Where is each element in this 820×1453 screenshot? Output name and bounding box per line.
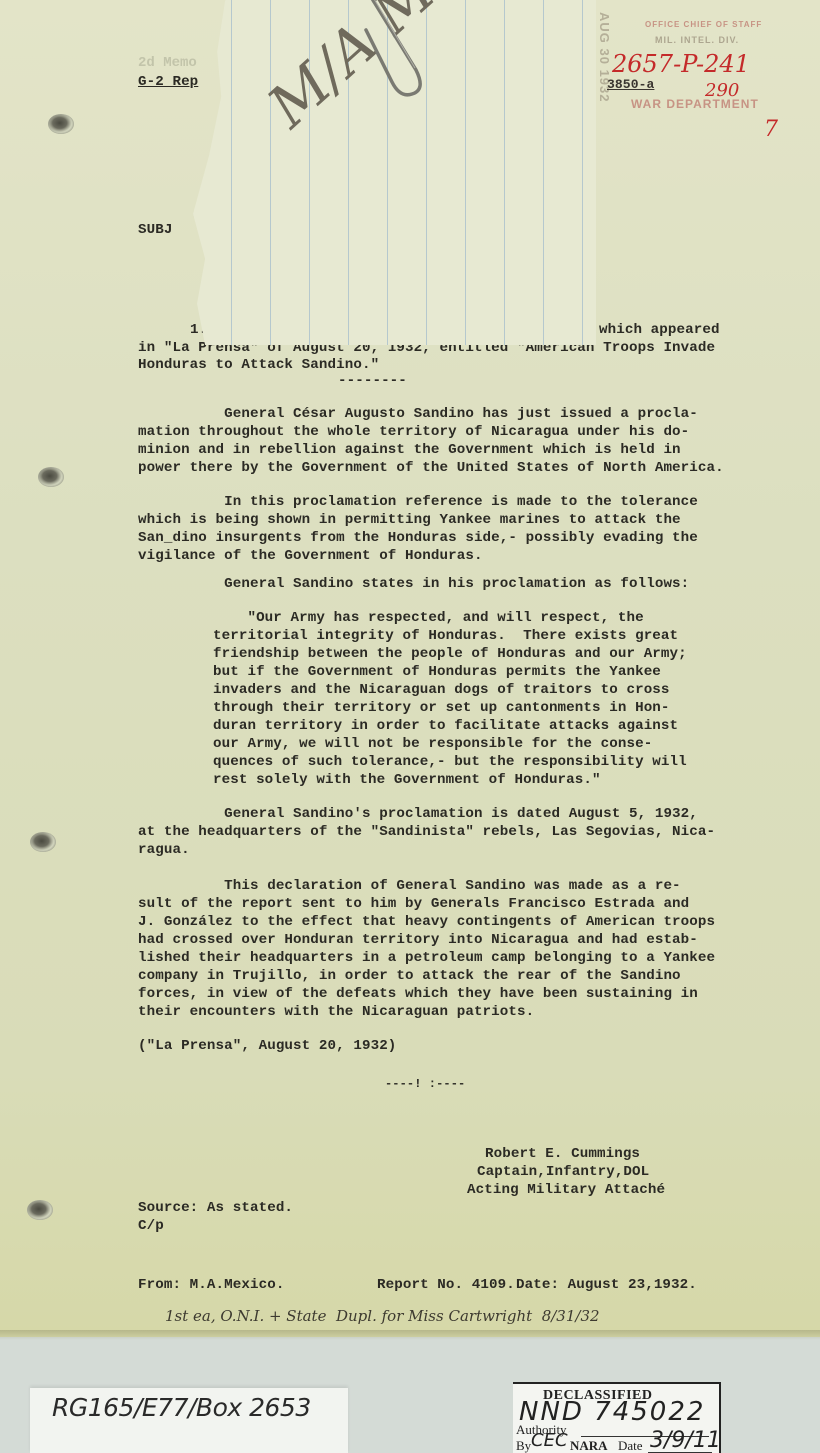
- declassified-stamp: DECLASSIFIED Authority NND 745022 By CEC…: [513, 1382, 721, 1453]
- paragraph-line: This declaration of General Sandino was …: [138, 878, 681, 896]
- citation: ("La Prensa", August 20, 1932): [138, 1038, 396, 1056]
- agency-label: NARA: [570, 1438, 608, 1453]
- copy-mark: C/p: [138, 1218, 164, 1236]
- intro-line3: Honduras to Attack Sandino.": [138, 357, 379, 375]
- quote-line: territorial integrity of Honduras. There…: [213, 628, 678, 646]
- quote-line: invaders and the Nicaraguan dogs of trai…: [213, 682, 670, 700]
- handwritten-footer-note: 1st ea, O.N.I. + State Dupl. for Miss Ca…: [165, 1307, 600, 1325]
- quote-line: friendship between the people of Hondura…: [213, 646, 687, 664]
- paragraph-line: lished their headquarters in a petroleum…: [138, 950, 715, 968]
- paragraph-line: mation throughout the whole territory of…: [138, 424, 689, 442]
- paragraph-line: General César Augusto Sandino has just i…: [138, 406, 698, 424]
- stamp-office-line2: MIL. INTEL. DIV.: [655, 35, 739, 45]
- paragraph-line: sult of the report sent to him by Genera…: [138, 896, 689, 914]
- quote-line: our Army, we will not be responsible for…: [213, 736, 652, 754]
- date-label: Date: [618, 1438, 643, 1453]
- authority-value: NND 745022: [519, 1397, 705, 1427]
- paragraph-3-line: General Sandino states in his proclamati…: [138, 576, 689, 594]
- stamp-office-line1: OFFICE CHIEF OF STAFF: [645, 20, 762, 29]
- paragraph-line: had crossed over Honduran territory into…: [138, 932, 698, 950]
- intro-line1-tail: which appeared: [599, 322, 720, 340]
- quote-line: but if the Government of Honduras permit…: [213, 664, 661, 682]
- handwritten-file-number: 2657-P-241: [612, 50, 750, 78]
- handwritten-page-mark: 7: [764, 117, 778, 142]
- header-label: G-2 Rep: [138, 74, 198, 92]
- end-separator: ----! :----: [385, 1076, 465, 1094]
- date-value: 3/9/11: [650, 1428, 721, 1453]
- quote-line: "Our Army has respected, and will respec…: [213, 610, 644, 628]
- signature-title: Acting Military Attaché: [467, 1182, 665, 1200]
- footer-from: From: M.A.Mexico.: [138, 1277, 284, 1295]
- signature-rank: Captain,Infantry,DOL: [477, 1164, 649, 1182]
- archive-box-label: RG165/E77/Box 2653: [30, 1388, 348, 1453]
- paragraph-line: San_dino insurgents from the Honduras si…: [138, 530, 698, 548]
- punch-hole-lower-mid: [30, 832, 56, 852]
- footer-report-number: Report No. 4109.: [377, 1277, 515, 1295]
- paragraph-line: power there by the Government of the Uni…: [138, 460, 724, 478]
- subject-label: SUBJ: [138, 222, 172, 240]
- stamp-department: WAR DEPARTMENT: [631, 97, 759, 111]
- paragraph-line: at the headquarters of the "Sandinista" …: [138, 824, 715, 842]
- document-page: 2d Memo G-2 Rep SUBJ AUG 30 1932 OFFICE …: [0, 0, 820, 1337]
- punch-hole-upper-mid: [38, 467, 64, 487]
- header-faded-text: 2d Memo: [138, 55, 197, 73]
- paragraph-line: General Sandino's proclamation is dated …: [138, 806, 698, 824]
- quote-line: through their territory or set up canton…: [213, 700, 670, 718]
- paragraph-line: J. González to the effect that heavy con…: [138, 914, 715, 932]
- paragraph-line: which is being shown in permitting Yanke…: [138, 512, 681, 530]
- by-label: By: [516, 1438, 531, 1453]
- box-label-text: RG165/E77/Box 2653: [52, 1393, 311, 1422]
- paragraph-line: forces, in view of the defeats which the…: [138, 986, 698, 1004]
- paperclip-icon: [360, 0, 430, 105]
- signature-name: Robert E. Cummings: [485, 1146, 640, 1164]
- paragraph-line: minion and in rebellion against the Gove…: [138, 442, 681, 460]
- quote-line: quences of such tolerance,- but the resp…: [213, 754, 687, 772]
- quote-line: duran territory in order to facilitate a…: [213, 718, 678, 736]
- quote-line: rest solely with the Government of Hondu…: [213, 772, 601, 790]
- punch-hole-top: [48, 114, 74, 134]
- by-value: CEC: [531, 1430, 568, 1451]
- footer-date: Date: August 23,1932.: [516, 1277, 697, 1295]
- paragraph-line: company in Trujillo, in order to attack …: [138, 968, 681, 986]
- page-edge-shadow: [0, 1330, 820, 1340]
- punch-hole-bottom: [27, 1200, 53, 1220]
- typed-file-number: 3850-a: [607, 76, 654, 94]
- intro-separator: --------: [338, 373, 407, 391]
- source-line: Source: As stated.: [138, 1200, 293, 1218]
- paragraph-line: their encounters with the Nicaraguan pat…: [138, 1004, 534, 1022]
- paragraph-line: In this proclamation reference is made t…: [138, 494, 698, 512]
- paragraph-line: vigilance of the Government of Honduras.: [138, 548, 483, 566]
- paragraph-line: ragua.: [138, 842, 190, 860]
